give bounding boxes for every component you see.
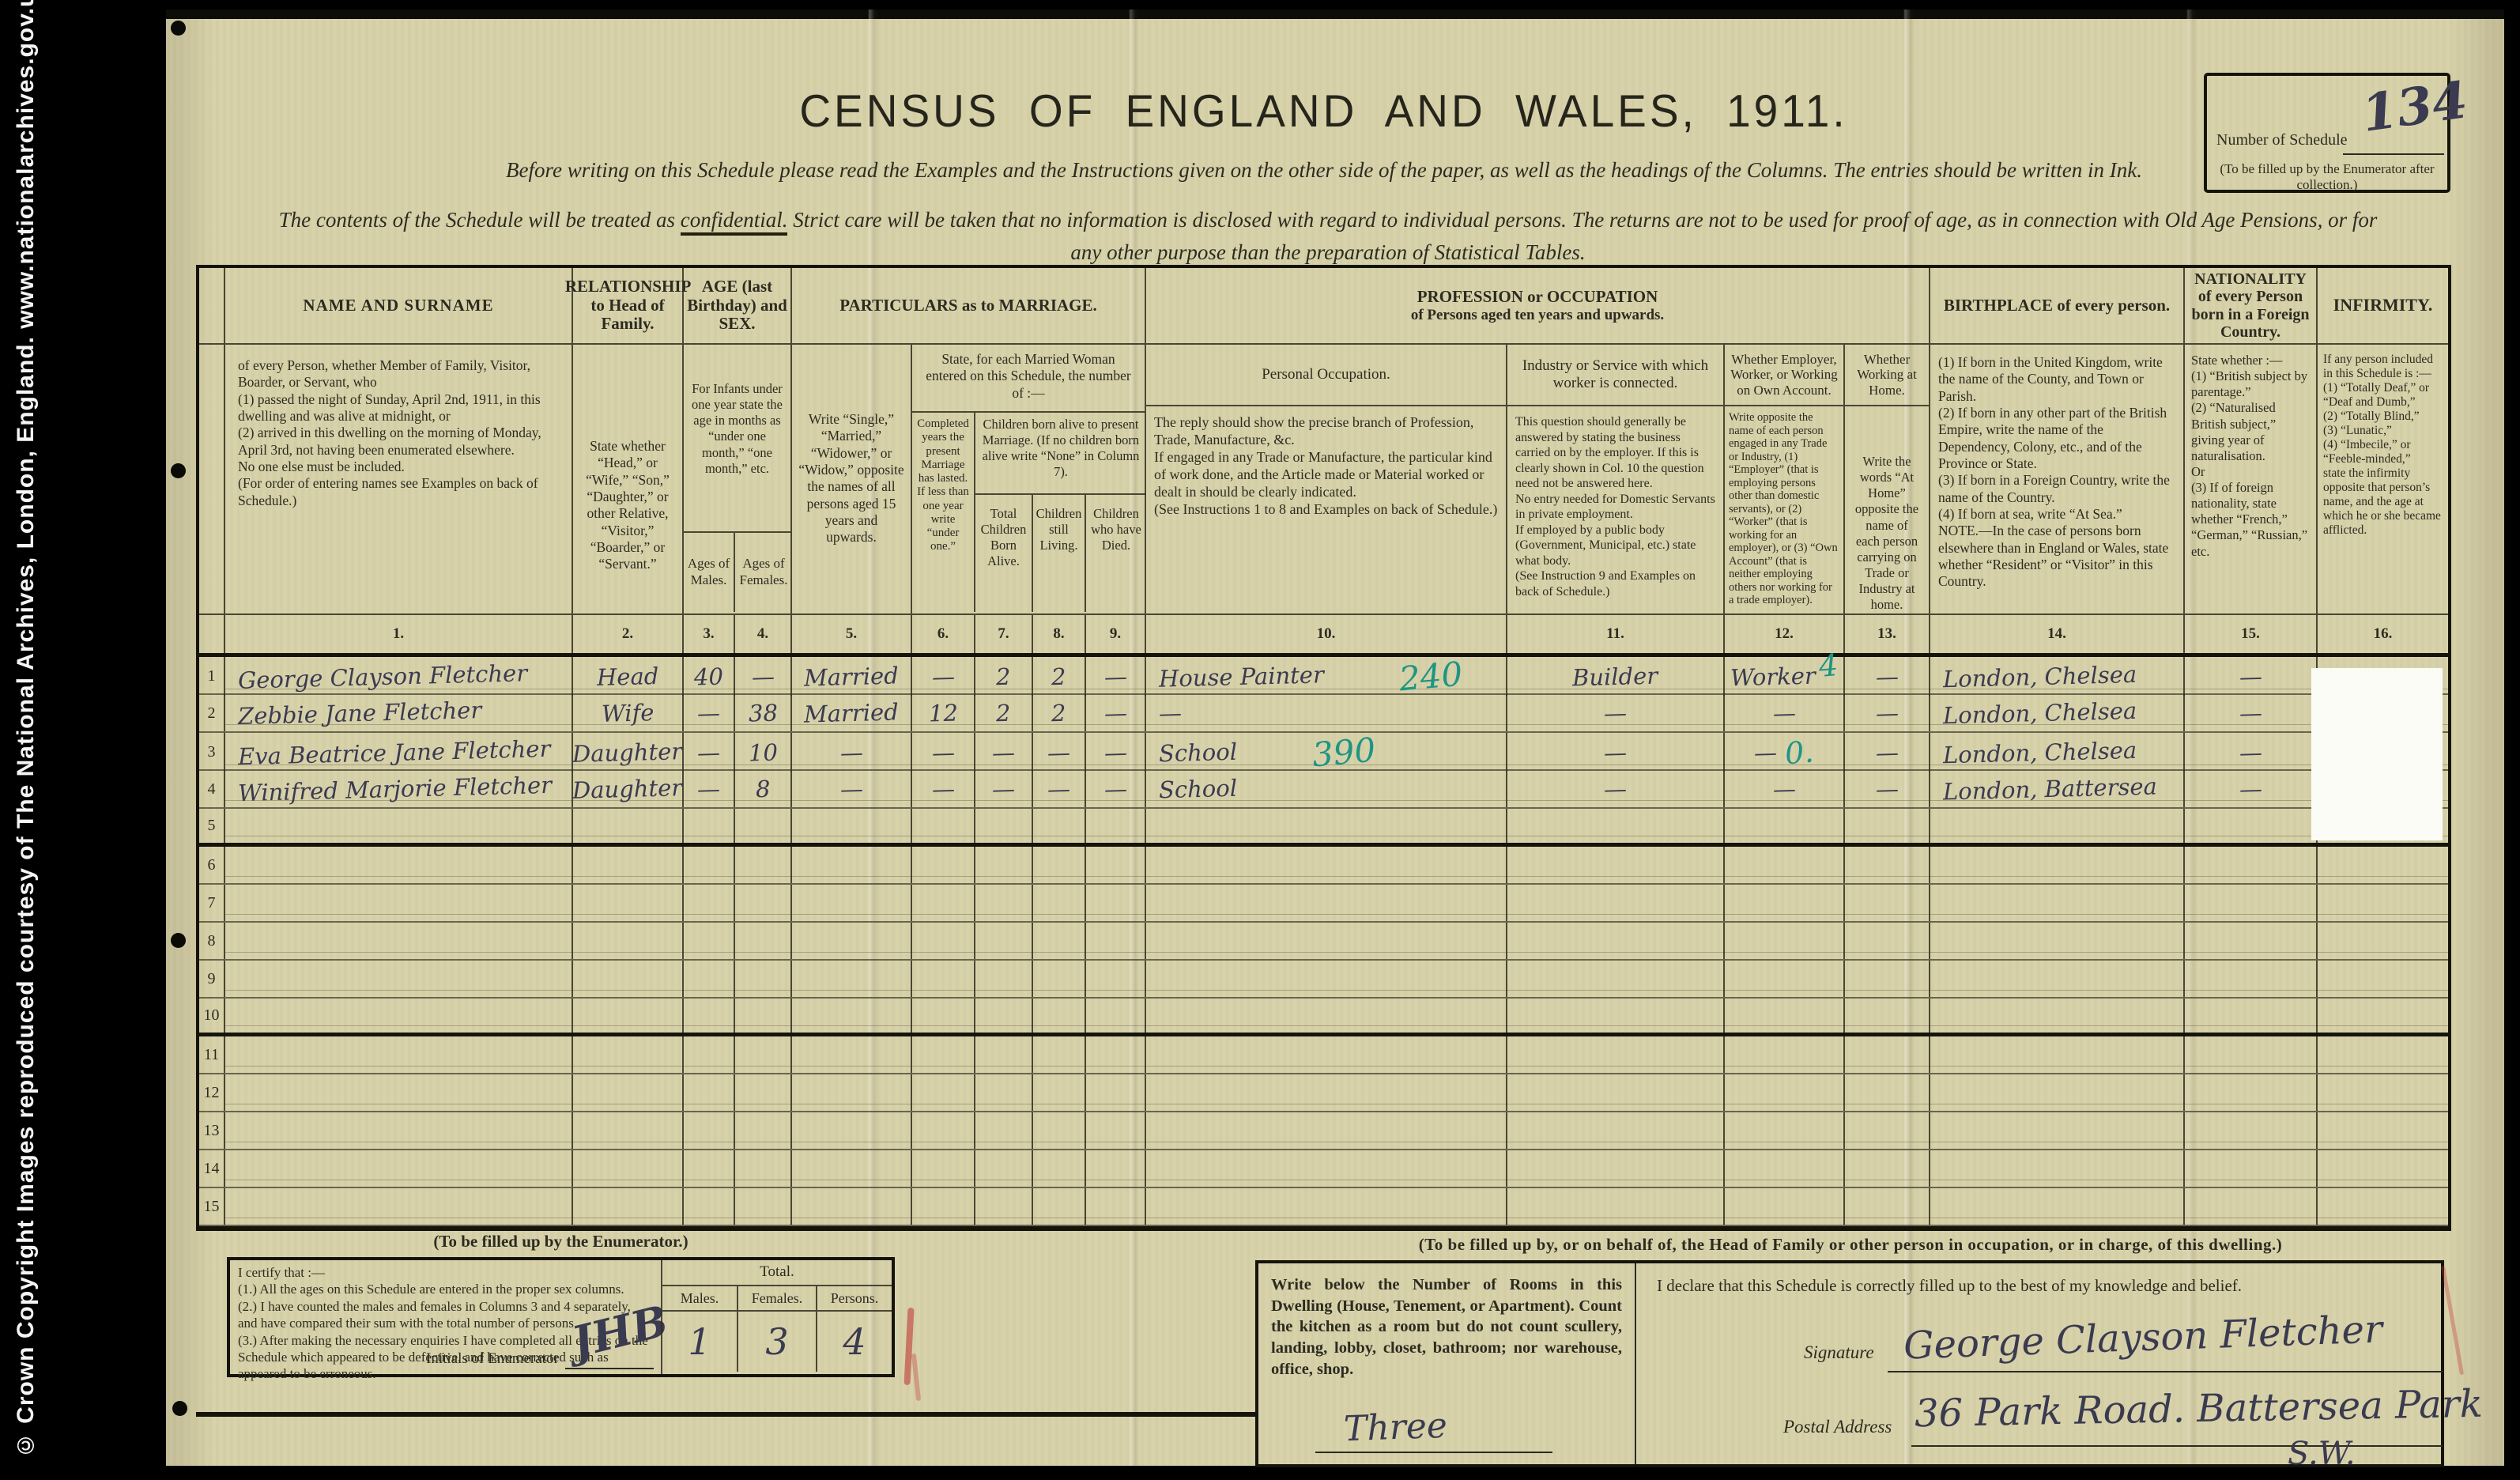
table-row: 12 bbox=[199, 1074, 2448, 1112]
desc-name: of every Person, whether Member of Famil… bbox=[225, 345, 573, 614]
cell-relationship bbox=[573, 809, 684, 843]
handwritten-entry: 4 bbox=[1817, 647, 1839, 684]
header-name: NAME AND SURNAME bbox=[225, 268, 573, 343]
cell-infirmity bbox=[2318, 847, 2448, 883]
row-number: 12 bbox=[199, 1074, 225, 1111]
col-number: 15. bbox=[2185, 615, 2318, 653]
cell-age-females: 8 bbox=[735, 771, 792, 807]
cell-children-living bbox=[1033, 809, 1086, 843]
cell-occupation bbox=[1146, 1188, 1507, 1225]
row-number: 2 bbox=[199, 695, 225, 731]
table-row: 7 bbox=[199, 885, 2448, 923]
cell-employment bbox=[1725, 923, 1845, 959]
handwritten-entry: 2 bbox=[996, 700, 1011, 727]
cell-children-died bbox=[1086, 809, 1146, 843]
cell-marriage-condition bbox=[792, 809, 912, 843]
cell-infirmity bbox=[2318, 1150, 2448, 1187]
table-row: 15 bbox=[199, 1188, 2448, 1226]
handwritten-entry: School bbox=[1159, 738, 1238, 767]
females-total: 3 bbox=[738, 1312, 817, 1372]
handwritten-entry: 2 bbox=[996, 663, 1011, 689]
table-row: 6 bbox=[199, 847, 2448, 885]
cell-age-females bbox=[735, 809, 792, 843]
cell-children-born bbox=[975, 1188, 1033, 1225]
cell-children-died bbox=[1086, 1150, 1146, 1187]
cell-years-married bbox=[912, 1188, 975, 1225]
cell-children-died bbox=[1086, 1188, 1146, 1225]
desc-industry-head: Industry or Service with which worker is… bbox=[1507, 345, 1723, 406]
desc-employment-head: Whether Employer, Worker, or Working on … bbox=[1725, 345, 1843, 406]
signature-line bbox=[1888, 1371, 2443, 1372]
cell-name: George Clayson Fletcher bbox=[225, 657, 573, 696]
handwritten-entry: — bbox=[839, 738, 863, 766]
cell-employment bbox=[1725, 1112, 1845, 1149]
desc-industry: Industry or Service with which worker is… bbox=[1507, 345, 1725, 614]
cell-relationship: Wife bbox=[573, 695, 684, 731]
handwritten-entry: London, Chelsea bbox=[1943, 736, 2137, 768]
cell-name bbox=[225, 847, 573, 883]
cell-occupation bbox=[1146, 847, 1507, 883]
cell-children-died bbox=[1086, 1074, 1146, 1111]
desc-infirmity: If any person included in this Schedule … bbox=[2318, 345, 2448, 614]
handwritten-entry: 2 bbox=[1051, 700, 1066, 727]
cell-industry bbox=[1507, 1188, 1725, 1225]
confidential-post: Strict care will be taken that no inform… bbox=[787, 208, 2377, 264]
postal-address-value2: S.W. bbox=[2288, 1436, 2356, 1472]
handwritten-entry: Winifred Marjorie Fletcher bbox=[238, 772, 553, 806]
cell-employment bbox=[1725, 1188, 1845, 1225]
table-row: 8 bbox=[199, 923, 2448, 961]
red-check-mark bbox=[911, 1354, 921, 1401]
cell-age-males bbox=[684, 847, 735, 883]
cell-age-females bbox=[735, 1036, 792, 1073]
desc-children-died: Children who have Died. bbox=[1086, 495, 1146, 612]
handwritten-entry: — bbox=[931, 738, 955, 766]
cell-at-home bbox=[1845, 923, 1930, 959]
handwritten-entry: — bbox=[931, 663, 955, 690]
cell-industry bbox=[1507, 885, 1725, 921]
handwritten-entry: — bbox=[1754, 738, 1778, 766]
cell-birthplace bbox=[1930, 885, 2185, 921]
cell-children-living: 2 bbox=[1033, 695, 1086, 731]
row-number: 15 bbox=[199, 1188, 225, 1225]
handwritten-entry: — bbox=[697, 738, 721, 766]
cell-age-females bbox=[735, 847, 792, 883]
handwritten-entry: — bbox=[992, 738, 1016, 766]
cell-age-females bbox=[735, 999, 792, 1033]
persons-total: 4 bbox=[817, 1312, 892, 1372]
males-total-value: 1 bbox=[688, 1320, 711, 1363]
enumerator-box: I certify that :— (1.) All the ages on t… bbox=[227, 1257, 895, 1377]
desc-birthplace: (1) If born in the United Kingdom, write… bbox=[1930, 345, 2185, 614]
row-number: 14 bbox=[199, 1150, 225, 1187]
cell-employment: — bbox=[1725, 695, 1845, 731]
cell-children-living bbox=[1033, 885, 1086, 921]
cell-years-married bbox=[912, 999, 975, 1033]
postal-address-line bbox=[1911, 1445, 2443, 1447]
cell-name bbox=[225, 1036, 573, 1073]
handwritten-entry: Builder bbox=[1572, 662, 1658, 691]
cell-at-home bbox=[1845, 885, 1930, 921]
cell-children-died: — bbox=[1086, 733, 1146, 772]
cell-industry bbox=[1507, 999, 1725, 1033]
cell-infirmity bbox=[2318, 999, 2448, 1033]
cell-at-home bbox=[1845, 1188, 1930, 1225]
handwritten-entry: 12 bbox=[928, 700, 958, 727]
cell-age-males bbox=[684, 809, 735, 843]
cell-relationship bbox=[573, 1150, 684, 1187]
cell-employment bbox=[1725, 1074, 1845, 1111]
cell-nationality bbox=[2185, 923, 2318, 959]
cell-relationship bbox=[573, 847, 684, 883]
cell-age-females bbox=[735, 961, 792, 997]
col-number: 11. bbox=[1507, 615, 1725, 653]
cell-industry bbox=[1507, 961, 1725, 997]
totals-table: Total. Males. Females. Persons. 1 3 4 bbox=[661, 1260, 892, 1374]
cell-children-living bbox=[1033, 999, 1086, 1033]
cell-children-died bbox=[1086, 1036, 1146, 1073]
table-row: 2Zebbie Jane FletcherWife—38Married1222—… bbox=[199, 695, 2448, 733]
cell-marriage-condition bbox=[792, 847, 912, 883]
cell-nationality bbox=[2185, 885, 2318, 921]
handwritten-entry: School bbox=[1159, 775, 1238, 804]
handwritten-entry: Eva Beatrice Jane Fletcher bbox=[238, 734, 551, 769]
cell-age-males bbox=[684, 999, 735, 1033]
col-number-spacer bbox=[199, 615, 225, 653]
cell-birthplace bbox=[1930, 847, 2185, 883]
red-check-mark bbox=[2441, 1266, 2464, 1376]
cell-nationality bbox=[2185, 1150, 2318, 1187]
cell-birthplace bbox=[1930, 923, 2185, 959]
handwritten-entry: — bbox=[1875, 738, 1899, 766]
cell-relationship: Daughter bbox=[573, 771, 684, 807]
cell-age-males: — bbox=[684, 771, 735, 807]
desc-years-married: Completed years the present Marriage has… bbox=[912, 413, 975, 612]
schedule-number-value: 134 bbox=[2358, 70, 2471, 144]
instruction-line: Before writing on this Schedule please r… bbox=[237, 158, 2411, 183]
cell-years-married bbox=[912, 1150, 975, 1187]
census-table: NAME AND SURNAME RELATIONSHIP to Head of… bbox=[196, 265, 2451, 1231]
handwritten-entry: 8 bbox=[755, 776, 770, 802]
cell-years-married bbox=[912, 885, 975, 921]
cell-years-married: — bbox=[912, 733, 975, 772]
cell-nationality: — bbox=[2185, 771, 2318, 807]
cell-occupation bbox=[1146, 1074, 1507, 1111]
cell-industry bbox=[1507, 1150, 1725, 1187]
col-number: 9. bbox=[1086, 615, 1146, 653]
table-header-descriptions: of every Person, whether Member of Famil… bbox=[199, 345, 2448, 615]
cell-industry: — bbox=[1507, 771, 1725, 807]
cell-age-males bbox=[684, 1150, 735, 1187]
header-relationship: RELATIONSHIP to Head of Family. bbox=[573, 268, 684, 343]
handwritten-entry: — bbox=[839, 776, 863, 803]
cell-occupation bbox=[1146, 1112, 1507, 1149]
desc-nationality: State whether :— (1) “British subject by… bbox=[2185, 345, 2318, 614]
col-number: 2. bbox=[573, 615, 684, 653]
table-row: 1George Clayson FletcherHead40—Married—2… bbox=[199, 657, 2448, 695]
handwritten-entry: London, Chelsea bbox=[1943, 697, 2137, 729]
handwritten-entry: 40 bbox=[694, 663, 724, 690]
cell-name: Winifred Marjorie Fletcher bbox=[225, 771, 573, 807]
row-number: 5 bbox=[199, 809, 225, 843]
cell-at-home: — bbox=[1845, 733, 1930, 772]
handwritten-entry: Wife bbox=[601, 699, 654, 727]
handwritten-entry: — bbox=[992, 776, 1016, 803]
handwritten-entry: 0. bbox=[1784, 734, 1816, 771]
col-number: 8. bbox=[1033, 615, 1086, 653]
cell-birthplace: London, Chelsea bbox=[1930, 657, 2185, 696]
cell-name bbox=[225, 809, 573, 843]
desc-children-born: Children born alive to present Marriage.… bbox=[975, 413, 1146, 495]
header-profession: PROFESSION or OCCUPATION of Persons aged… bbox=[1146, 268, 1930, 343]
desc-occupation-text: The reply should show the precise branch… bbox=[1146, 406, 1506, 527]
schedule-number-note: (To be filled up by the Enumerator after… bbox=[2210, 161, 2444, 192]
cell-employment bbox=[1725, 809, 1845, 843]
cell-age-females bbox=[735, 885, 792, 921]
confidentiality-note: The contents of the Schedule will be tre… bbox=[261, 204, 2395, 268]
cell-nationality bbox=[2185, 1188, 2318, 1225]
cell-occupation bbox=[1146, 1036, 1507, 1073]
cell-children-born bbox=[975, 809, 1033, 843]
desc-at-home-head: Whether Working at Home. bbox=[1845, 345, 1929, 406]
handwritten-entry: 38 bbox=[748, 700, 778, 727]
cell-at-home bbox=[1845, 1036, 1930, 1073]
punch-hole bbox=[171, 21, 186, 36]
cell-years-married bbox=[912, 1036, 975, 1073]
col-number: 4. bbox=[735, 615, 792, 653]
cell-nationality bbox=[2185, 961, 2318, 997]
cell-children-living bbox=[1033, 923, 1086, 959]
handwritten-entry: Daughter bbox=[572, 738, 683, 768]
cell-marriage-condition bbox=[792, 1074, 912, 1111]
desc-age: For Infants under one year state the age… bbox=[684, 345, 792, 614]
cell-infirmity bbox=[2318, 885, 2448, 921]
cell-years-married bbox=[912, 1074, 975, 1111]
cell-name bbox=[225, 961, 573, 997]
cell-relationship bbox=[573, 923, 684, 959]
cell-industry bbox=[1507, 1036, 1725, 1073]
cell-at-home bbox=[1845, 1074, 1930, 1111]
cell-occupation: School bbox=[1146, 771, 1507, 807]
cell-children-born: 2 bbox=[975, 695, 1033, 731]
cell-children-died bbox=[1086, 847, 1146, 883]
cell-employment bbox=[1725, 1036, 1845, 1073]
col-number: 1. bbox=[225, 615, 573, 653]
cell-age-males: — bbox=[684, 695, 735, 731]
cell-children-born bbox=[975, 923, 1033, 959]
cell-children-living bbox=[1033, 1074, 1086, 1111]
rooms-instructions: Write below the Number of Rooms in this … bbox=[1258, 1263, 1635, 1380]
cell-employment bbox=[1725, 961, 1845, 997]
handwritten-entry: — bbox=[1875, 663, 1899, 690]
cell-birthplace bbox=[1930, 999, 2185, 1033]
table-header-titles: NAME AND SURNAME RELATIONSHIP to Head of… bbox=[199, 268, 2448, 345]
handwritten-entry: London, Battersea bbox=[1943, 772, 2158, 805]
cell-age-males bbox=[684, 961, 735, 997]
header-birthplace: BIRTHPLACE of every person. bbox=[1930, 268, 2185, 343]
cell-marriage-condition: — bbox=[792, 771, 912, 807]
cell-industry bbox=[1507, 809, 1725, 843]
cell-age-males bbox=[684, 1188, 735, 1225]
cell-years-married: 12 bbox=[912, 695, 975, 731]
cell-nationality: — bbox=[2185, 695, 2318, 731]
cell-children-died bbox=[1086, 923, 1146, 959]
cell-marriage-condition bbox=[792, 999, 912, 1033]
cell-industry bbox=[1507, 847, 1725, 883]
cell-children-born bbox=[975, 1036, 1033, 1073]
desc-children-living: Children still Living. bbox=[1033, 495, 1086, 612]
desc-marriage-group: State, for each Married Woman entered on… bbox=[912, 345, 1146, 614]
row-number: 1 bbox=[199, 657, 225, 696]
cell-birthplace bbox=[1930, 1036, 2185, 1073]
cell-at-home bbox=[1845, 1150, 1930, 1187]
enumerator-heading: (To be filled up by the Enumerator.) bbox=[227, 1232, 895, 1252]
cell-infirmity bbox=[2318, 961, 2448, 997]
table-row: 14 bbox=[199, 1150, 2448, 1188]
cell-children-born bbox=[975, 999, 1033, 1033]
confidential-pre: The contents of the Schedule will be tre… bbox=[279, 208, 681, 232]
cell-children-living: — bbox=[1033, 771, 1086, 807]
cell-children-living: — bbox=[1033, 733, 1086, 772]
handwritten-entry: Worker bbox=[1730, 662, 1816, 691]
handwritten-entry: — bbox=[1875, 776, 1899, 803]
cell-occupation: — bbox=[1146, 695, 1507, 731]
cell-occupation bbox=[1146, 809, 1507, 843]
cell-children-died bbox=[1086, 1112, 1146, 1149]
cell-infirmity bbox=[2318, 1112, 2448, 1149]
cell-industry: — bbox=[1507, 695, 1725, 731]
handwritten-entry: House Painter bbox=[1159, 661, 1325, 692]
cell-children-living bbox=[1033, 961, 1086, 997]
copyright-watermark: © Crown Copyright Images reproduced cour… bbox=[13, 0, 40, 1458]
desc-occupation-head: Personal Occupation. bbox=[1146, 345, 1506, 406]
confidential-word: confidential. bbox=[681, 208, 788, 236]
handwritten-entry: 2 bbox=[1051, 663, 1066, 689]
cell-name bbox=[225, 1188, 573, 1225]
cell-name: Zebbie Jane Fletcher bbox=[225, 695, 573, 731]
header-profession-line2: of Persons aged ten years and upwards. bbox=[1411, 307, 1664, 323]
declaration-text: I declare that this Schedule is correctl… bbox=[1657, 1276, 2439, 1296]
handwritten-entry: — bbox=[1103, 738, 1127, 766]
handwritten-entry: — bbox=[2239, 663, 2262, 690]
cell-at-home bbox=[1845, 1112, 1930, 1149]
row-number: 3 bbox=[199, 733, 225, 772]
desc-at-home-text: Write the words “At Home” opposite the n… bbox=[1845, 406, 1929, 621]
cell-relationship bbox=[573, 961, 684, 997]
cell-years-married: — bbox=[912, 657, 975, 696]
handwritten-entry: Zebbie Jane Fletcher bbox=[238, 697, 482, 730]
cell-age-females bbox=[735, 1112, 792, 1149]
cell-children-died: — bbox=[1086, 771, 1146, 807]
row-number: 8 bbox=[199, 923, 225, 959]
persons-total-value: 4 bbox=[843, 1320, 866, 1363]
table-row: 5 bbox=[199, 809, 2448, 847]
desc-total-children: Total Children Born Alive. bbox=[975, 495, 1033, 612]
desc-occupation: Personal Occupation. The reply should sh… bbox=[1146, 345, 1507, 614]
table-row: 13 bbox=[199, 1112, 2448, 1150]
cell-marriage-condition bbox=[792, 1188, 912, 1225]
cell-age-females: 10 bbox=[735, 733, 792, 772]
cell-infirmity bbox=[2318, 1188, 2448, 1225]
cell-name bbox=[225, 923, 573, 959]
cell-age-males: 40 bbox=[684, 657, 735, 696]
cell-employment: —0. bbox=[1725, 733, 1845, 772]
cell-occupation bbox=[1146, 999, 1507, 1033]
handwritten-entry: — bbox=[2239, 700, 2262, 727]
handwritten-entry: Married bbox=[804, 698, 900, 727]
handwritten-entry: — bbox=[697, 776, 721, 803]
handwritten-entry: — bbox=[1103, 663, 1127, 690]
cell-relationship bbox=[573, 1188, 684, 1225]
col-number: 6. bbox=[912, 615, 975, 653]
cell-nationality: — bbox=[2185, 733, 2318, 772]
header-nationality: NATIONALITY of every Person born in a Fo… bbox=[2185, 268, 2318, 343]
cell-age-females bbox=[735, 1074, 792, 1111]
males-label: Males. bbox=[662, 1286, 738, 1312]
cell-nationality bbox=[2185, 999, 2318, 1033]
header-infirmity: INFIRMITY. bbox=[2318, 268, 2448, 343]
cell-infirmity bbox=[2318, 1036, 2448, 1073]
signature-value: George Clayson Fletcher bbox=[1903, 1307, 2383, 1368]
table-row: 3Eva Beatrice Jane FletcherDaughter—10——… bbox=[199, 733, 2448, 771]
cell-birthplace: London, Battersea bbox=[1930, 771, 2185, 807]
schedule-number-line bbox=[2343, 153, 2444, 155]
header-profession-line1: PROFESSION or OCCUPATION bbox=[1417, 288, 1658, 307]
cell-years-married bbox=[912, 809, 975, 843]
females-label: Females. bbox=[738, 1286, 817, 1312]
declaration-box: Write below the Number of Rooms in this … bbox=[1255, 1260, 2444, 1467]
cell-nationality bbox=[2185, 1036, 2318, 1073]
cell-children-living: 2 bbox=[1033, 657, 1086, 696]
cell-name bbox=[225, 1112, 573, 1149]
cell-at-home bbox=[1845, 847, 1930, 883]
cell-relationship bbox=[573, 1112, 684, 1149]
cell-employment bbox=[1725, 999, 1845, 1033]
handwritten-entry: 10 bbox=[748, 738, 778, 766]
table-row: 9 bbox=[199, 961, 2448, 999]
cell-marriage-condition: — bbox=[792, 733, 912, 772]
handwritten-entry: — bbox=[1103, 776, 1127, 803]
rooms-box: Write below the Number of Rooms in this … bbox=[1258, 1263, 1636, 1464]
cell-age-males bbox=[684, 1074, 735, 1111]
col-number: 3. bbox=[684, 615, 735, 653]
handwritten-entry: — bbox=[1772, 700, 1796, 727]
handwritten-entry: London, Chelsea bbox=[1943, 660, 2137, 692]
cell-occupation bbox=[1146, 885, 1507, 921]
cell-years-married bbox=[912, 923, 975, 959]
cell-children-born bbox=[975, 1112, 1033, 1149]
handwritten-entry: — bbox=[1047, 776, 1071, 803]
cell-marriage-condition bbox=[792, 1036, 912, 1073]
desc-ages-females: Ages of Females. bbox=[735, 533, 792, 612]
header-marriage: PARTICULARS as to MARRIAGE. bbox=[792, 268, 1146, 343]
cell-age-males: — bbox=[684, 733, 735, 772]
row-number: 13 bbox=[199, 1112, 225, 1149]
cell-marriage-condition: Married bbox=[792, 657, 912, 696]
initials-line bbox=[565, 1368, 654, 1369]
cell-at-home: — bbox=[1845, 657, 1930, 696]
cell-industry: — bbox=[1507, 733, 1725, 772]
handwritten-entry: Married bbox=[804, 662, 900, 691]
declaration-area: I declare that this Schedule is correctl… bbox=[1636, 1263, 2441, 1464]
cell-age-females bbox=[735, 1150, 792, 1187]
col-number: 12. bbox=[1725, 615, 1845, 653]
postal-address-value: 36 Park Road. Battersea Park bbox=[1915, 1382, 2484, 1437]
cell-children-born bbox=[975, 1074, 1033, 1111]
desc-marriage-condition: Write “Single,” “Married,” “Widower,” or… bbox=[792, 345, 912, 614]
cell-marriage-condition bbox=[792, 961, 912, 997]
desc-age-infants: For Infants under one year state the age… bbox=[684, 345, 790, 533]
